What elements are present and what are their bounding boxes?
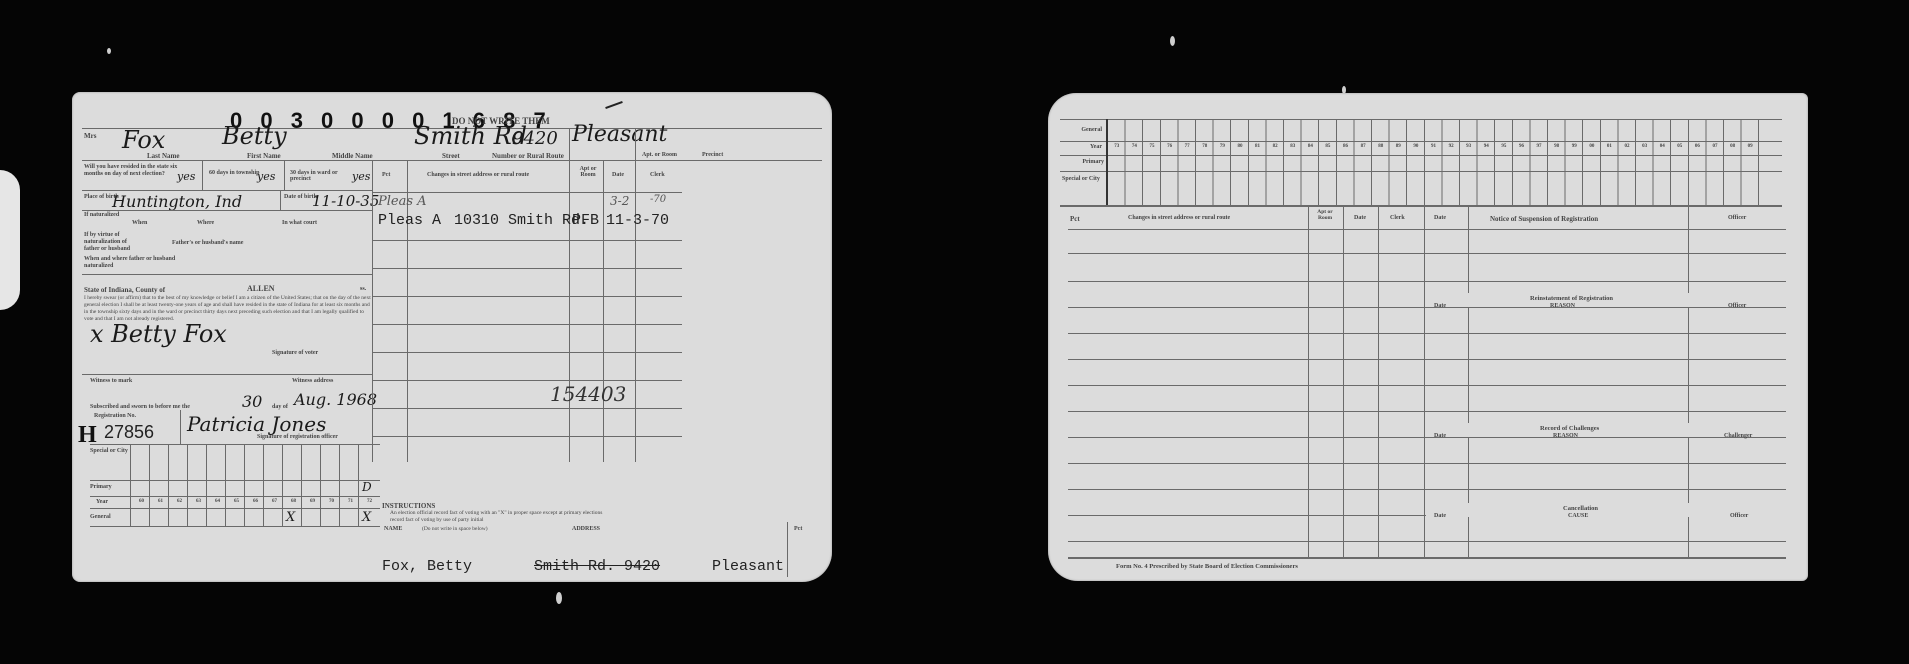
- county-label: State of Indiana, County of: [84, 286, 165, 294]
- film-speck: [107, 48, 111, 54]
- grid-columns: [1108, 119, 1759, 205]
- when-label: When: [132, 220, 147, 226]
- voting-history-grid-1960s: Special or City Primary Year General 60 …: [90, 444, 380, 526]
- instructions-line-2: record fact of voting by use of party in…: [390, 517, 483, 523]
- grid-row-general: General: [1060, 127, 1102, 133]
- check-mark-icon: [605, 101, 623, 109]
- change-row-2-address: 10310 Smith Rd.: [454, 212, 589, 229]
- registration-card-back: General Year Primary Special or City 73 …: [1048, 93, 1808, 581]
- form-note: Form No. 4 Prescribed by State Board of …: [1116, 563, 1298, 570]
- grid-row-primary: Primary: [1060, 159, 1104, 165]
- general-vote-mark-68: X: [286, 510, 295, 525]
- date-header: Date: [1354, 215, 1366, 221]
- registration-card-front: 0 0 3 0 0 0 0 1 6 8 7 DO NOT WRITE THEM …: [72, 92, 832, 582]
- street-number-value: 9420: [512, 128, 558, 149]
- change-row-2-pct: Pleas A: [378, 212, 441, 229]
- last-name-value: Fox: [122, 126, 165, 154]
- instructions-title: INSTRUCTIONS: [382, 502, 435, 510]
- witness-address-label: Witness address: [292, 378, 333, 384]
- grid-row-year: Year: [96, 499, 108, 505]
- first-name-value: Betty: [222, 122, 287, 150]
- suspension-date-header: Date: [1434, 215, 1446, 221]
- official-signature-label: Signature of registration officer: [257, 434, 338, 440]
- title-prefix: Mrs: [84, 132, 96, 140]
- where-label: Where: [197, 220, 214, 226]
- general-vote-mark-72: X: [362, 510, 371, 525]
- reinstatement-officer-header: Officer: [1728, 303, 1746, 309]
- reinstatement-title: Reinstatement of Registration: [1530, 295, 1613, 302]
- cancellation-cause-header: CAUSE: [1568, 513, 1588, 519]
- grid-row-primary: Primary: [90, 484, 112, 490]
- pct-label: Pct: [794, 526, 802, 532]
- apt-header: Apt or Room: [1310, 209, 1340, 221]
- film-speck: [556, 592, 562, 604]
- challenges-title: Record of Challenges: [1540, 425, 1599, 432]
- day-of-label: day of: [272, 404, 288, 410]
- witness-label: Witness to mark: [90, 378, 132, 384]
- instructions-line-1: An election official record fact of voti…: [390, 510, 820, 516]
- county-value: ALLEN: [247, 284, 275, 293]
- sworn-month-year: Aug. 1968: [294, 390, 377, 409]
- court-label: In what court: [282, 220, 317, 226]
- film-speck: [1170, 36, 1175, 46]
- voting-history-grid-1970s-2000s: General Year Primary Special or City 73 …: [1060, 119, 1782, 207]
- change-row-1-pct: Pleas A: [378, 194, 427, 209]
- grid-row-general: General: [90, 514, 111, 520]
- change-row-2-date: 11-3-70: [606, 212, 669, 229]
- registration-no-label: Registration No.: [94, 413, 136, 419]
- changes-header: Changes in street address or rural route: [1128, 215, 1230, 221]
- ward-label: 30 days in ward or precinct: [290, 170, 350, 182]
- precinct-value: Pleasant: [572, 122, 667, 147]
- apt-header: Apt or Room: [574, 166, 602, 178]
- middle-name-label: Middle Name: [332, 152, 373, 160]
- suspension-title: Notice of Suspension of Registration: [1490, 215, 1598, 223]
- change-row-1-date: 3-2: [610, 194, 629, 208]
- street-value: Smith Rd: [414, 122, 527, 150]
- resided-state-answer: yes: [177, 170, 195, 183]
- township-answer: yes: [257, 170, 275, 183]
- footer-name: Fox, Betty: [382, 558, 472, 575]
- footer-precinct: Pleasant: [712, 558, 784, 575]
- cancellation-title: Cancellation: [1563, 505, 1598, 512]
- address-label: ADDRESS: [572, 526, 600, 532]
- clerk-header: Clerk: [1390, 215, 1405, 221]
- father-naturalized-label: When and where father or husband natural…: [84, 256, 184, 270]
- changes-header: Changes in street address or rural route: [427, 172, 529, 178]
- primary-vote-mark-72: D: [362, 480, 372, 494]
- cancellation-date-header: Date: [1434, 513, 1446, 519]
- stamp-number: 154403: [550, 382, 626, 406]
- voter-signature-label: Signature of voter: [272, 350, 318, 356]
- challenges-reason-header: REASON: [1553, 433, 1578, 439]
- grid-row-special: Special or City: [90, 448, 128, 454]
- ward-answer: yes: [352, 170, 370, 183]
- pct-header: Pct: [382, 172, 390, 178]
- father-name-label: Father's or husband's name: [172, 240, 243, 246]
- grid-years: 60 61 62 63 64 65 66 67 68 69 70 71 72: [132, 499, 379, 504]
- grid-row-special: Special or City: [1060, 175, 1102, 183]
- naturalized-label: If naturalized: [84, 212, 119, 218]
- street-label: Street: [442, 152, 460, 160]
- last-name-label: Last Name: [147, 152, 179, 160]
- name-label: NAME: [384, 526, 402, 532]
- rural-route-label: Number or Rural Route: [492, 152, 564, 160]
- do-not-write-label: (Do not write in space below): [422, 526, 488, 532]
- pct-header: Pct: [1070, 215, 1080, 223]
- clerk-header: Clerk: [650, 172, 665, 178]
- reinstatement-date-header: Date: [1434, 303, 1446, 309]
- challenges-date-header: Date: [1434, 433, 1446, 439]
- cancellation-officer-header: Officer: [1730, 513, 1748, 519]
- suspension-officer-header: Officer: [1728, 215, 1746, 221]
- grid-row-year: Year: [1060, 144, 1102, 150]
- date-header: Date: [612, 172, 624, 178]
- precinct-label: Precinct: [702, 152, 723, 158]
- virtue-label: If by virtue of naturalization of father…: [84, 232, 139, 253]
- first-name-label: First Name: [247, 152, 281, 160]
- subscribed-label: Subscribed and sworn to before me the: [90, 404, 190, 410]
- ss-label: ss.: [360, 286, 366, 292]
- registration-number: 27856: [104, 422, 154, 443]
- challenger-header: Challenger: [1724, 433, 1752, 439]
- oath-text: I hereby swear (or affirm) that to the b…: [84, 295, 374, 323]
- birth-date-value: 11-10-35: [312, 192, 379, 210]
- change-row-2-apt: PFB: [572, 212, 599, 229]
- footer-address: Smith Rd. 9420: [534, 558, 660, 575]
- voter-signature: x Betty Fox: [90, 320, 227, 348]
- sworn-day: 30: [242, 392, 262, 411]
- apt-room-label: Apt. or Room: [642, 152, 677, 158]
- film-edge-artifact: [0, 170, 20, 310]
- official-signature: Patricia Jones: [187, 412, 326, 436]
- reinstatement-reason-header: REASON: [1550, 303, 1575, 309]
- change-row-1-clerk: -70: [650, 194, 666, 205]
- birth-place-value: Huntington, Ind: [112, 192, 242, 211]
